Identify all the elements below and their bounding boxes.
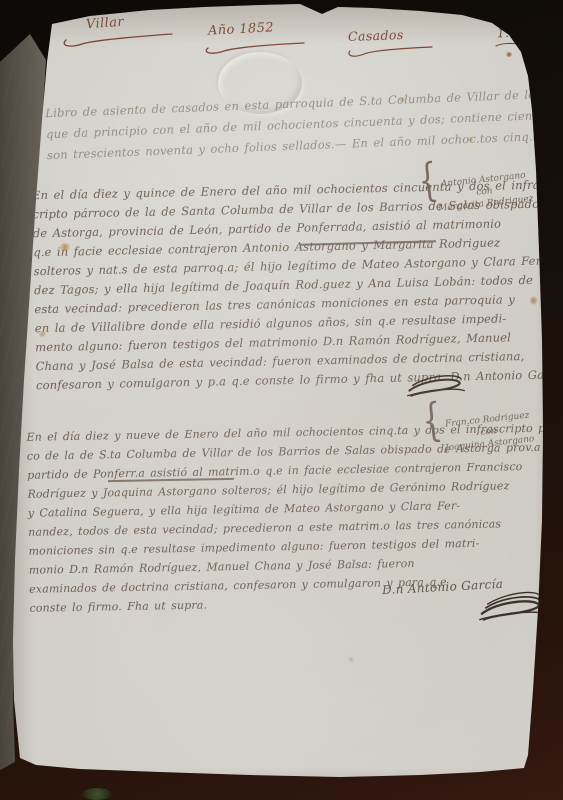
table-cloth-edge xyxy=(82,788,112,800)
stain xyxy=(60,243,70,251)
header-year: Año 1852 xyxy=(208,20,275,38)
marriage-entry-1: En el día diez y quince de Enero del año… xyxy=(32,178,444,395)
flourish-underline-icon xyxy=(58,30,178,50)
rubric-flourish-icon xyxy=(478,584,546,624)
flourish-underline-icon xyxy=(344,44,436,60)
photo-background: Villar Año 1852 Casados 1.º Libro de asi… xyxy=(0,0,563,800)
stain xyxy=(399,97,405,102)
flourish-underline-icon xyxy=(200,40,310,56)
stain xyxy=(348,657,354,662)
stain xyxy=(530,296,537,305)
stain xyxy=(98,188,103,192)
header-section: Casados xyxy=(348,27,404,44)
prologue: Libro de asiento de casados en esta parr… xyxy=(45,85,527,166)
manuscript-page: Villar Año 1852 Casados 1.º Libro de asi… xyxy=(0,0,563,800)
stain xyxy=(506,52,512,57)
flourish-underline-icon xyxy=(493,40,523,50)
folio-number: 1.º xyxy=(497,26,516,41)
stain xyxy=(468,137,473,142)
stain xyxy=(39,331,46,337)
